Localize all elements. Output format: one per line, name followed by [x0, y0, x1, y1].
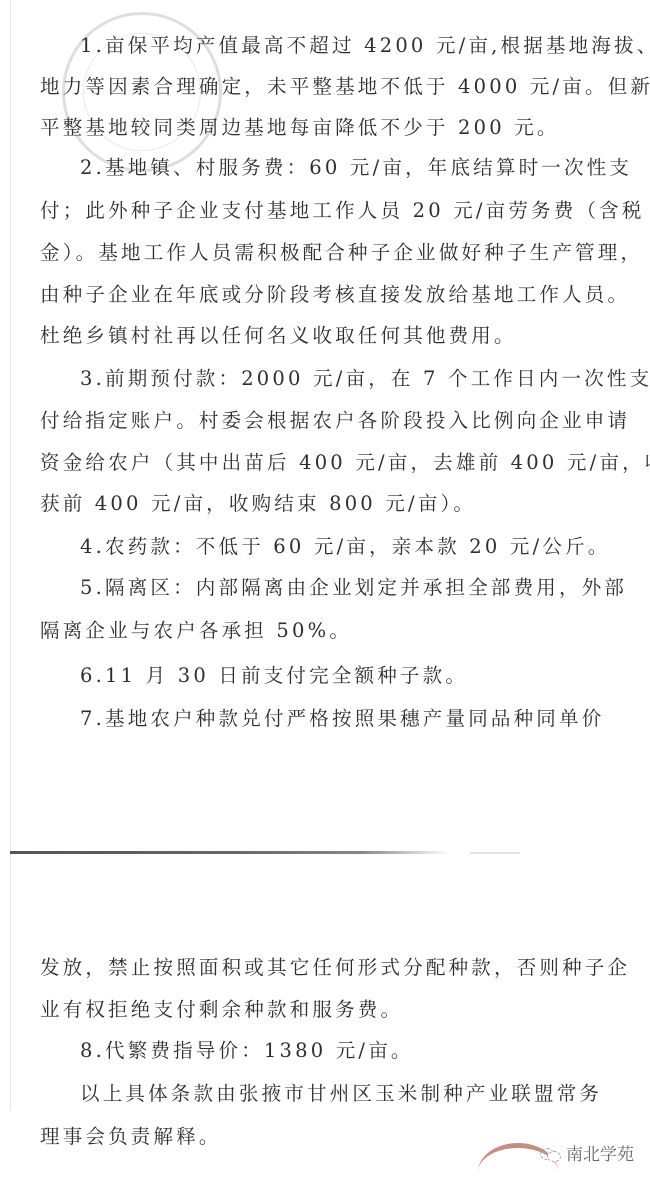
- paragraph-start-line: 3.前期预付款：2000 元/亩，在 7 个工作日内一次性支: [80, 367, 650, 391]
- paragraph-line: 付；此外种子企业支付基地工作人员 20 元/亩劳务费（含税: [40, 199, 645, 223]
- paragraph-line: 业有权拒绝支付剩余种款和服务费。: [40, 998, 403, 1022]
- page-break-divider: [10, 851, 450, 854]
- paragraph-start-line: 7.基地农户种款兑付严格按照果穗产量同品种同单价: [80, 707, 604, 731]
- paragraph-line: 隔离企业与农户各承担 50%。: [40, 619, 352, 643]
- page-left-edge: [10, 0, 11, 1110]
- page-break-divider-fade: [470, 852, 520, 854]
- paragraph-line: 资金给农户（其中出苗后 400 元/亩，去雄前 400 元/亩，收: [40, 451, 650, 475]
- paragraph-start-line: 6.11 月 30 日前支付完全额种子款。: [80, 664, 468, 688]
- paragraph-line: 获前 400 元/亩，收购结束 800 元/亩）。: [40, 492, 476, 516]
- paragraph-start-line: 8.代繁费指导价：1380 元/亩。: [80, 1039, 414, 1063]
- paragraph-line: 地力等因素合理确定，未平整基地不低于 4000 元/亩。但新: [40, 75, 650, 99]
- paragraph-start-line: 以上具体条款由张掖市甘州区玉米制种产业联盟常务: [80, 1082, 602, 1106]
- paragraph-start-line: 5.隔离区：内部隔离由企业划定并承担全部费用，外部: [80, 576, 627, 600]
- paragraph-start-line: 1.亩保平均产值最高不超过 4200 元/亩,根据基地海拔、: [80, 34, 650, 58]
- paragraph-line: 金）。基地工作人员需积极配合种子企业做好种子生产管理，: [40, 241, 643, 265]
- paragraph-start-line: 4.农药款：不低于 60 元/亩，亲本款 20 元/公斤。: [80, 535, 610, 559]
- paragraph-line: 平整基地较同类周边基地每亩降低不少于 200 元。: [40, 116, 560, 140]
- wechat-watermark: 南北学苑: [540, 1140, 634, 1165]
- paragraph-line: 付给指定账户。村委会根据农户各阶段投入比例向企业申请: [40, 409, 630, 433]
- paragraph-line: 发放，禁止按照面积或其它任何形式分配种款，否则种子企: [40, 956, 630, 980]
- paragraph-line: 理事会负责解释。: [40, 1125, 222, 1149]
- paragraph-line: 由种子企业在年底或分阶段考核直接发放给基地工作人员。: [40, 283, 630, 307]
- paragraph-line: 杜绝乡镇村社再以任何名义收取任何其他费用。: [40, 324, 517, 348]
- paragraph-start-line: 2.基地镇、村服务费：60 元/亩，年底结算时一次性支: [80, 156, 632, 180]
- wechat-icon: [540, 1145, 560, 1161]
- watermark-text: 南北学苑: [566, 1140, 634, 1165]
